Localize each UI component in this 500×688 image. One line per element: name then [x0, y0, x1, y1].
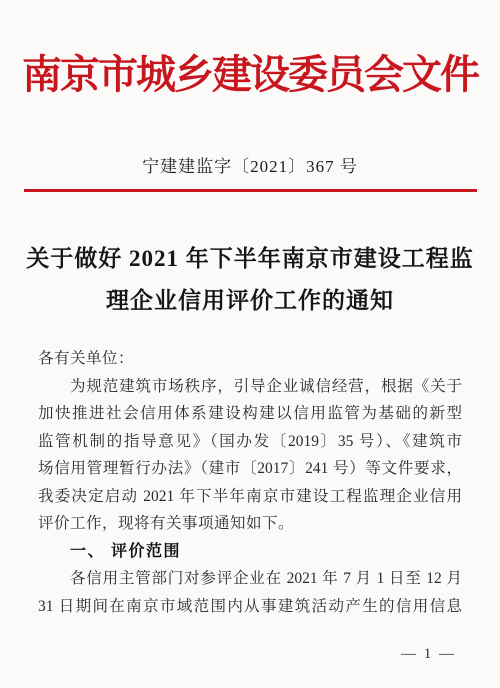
- body-line-6: 评价工作，现将有关事项通知如下。: [38, 510, 462, 538]
- header-divider: [24, 189, 477, 192]
- body-line-5: 我委决定启动 2021 年下半年南京市建设工程监理企业信用: [38, 483, 462, 511]
- document-number: 宁建建监字〔2021〕367 号: [0, 155, 500, 179]
- body-line-4: 场信用管理暂行办法》（建市〔2017〕241 号）等文件要求，: [38, 455, 462, 483]
- document-header-title: 南京市城乡建设委员会文件: [0, 50, 500, 100]
- body-line-9: 31 日期间在南京市域范围内从事建筑活动产生的信用信息: [38, 593, 462, 621]
- page-number: — 1 —: [401, 646, 456, 663]
- body-line-1: 为规范建筑市场秩序，引导企业诚信经营，根据《关于: [38, 373, 462, 401]
- document-body: 各有关单位： 为规范建筑市场秩序，引导企业诚信经营，根据《关于 加快推进社会信用…: [38, 345, 462, 620]
- salutation-line: 各有关单位：: [38, 345, 462, 373]
- document-page: 南京市城乡建设委员会文件 宁建建监字〔2021〕367 号 关于做好 2021 …: [0, 0, 500, 688]
- document-title-line2: 理企业信用评价工作的通知: [20, 280, 480, 322]
- body-line-3: 监管机制的指导意见》（国办发〔2019〕35 号）、《建筑市: [38, 428, 462, 456]
- body-line-8: 各信用主管部门对参评企业在 2021 年 7 月 1 日至 12 月: [38, 565, 462, 593]
- document-title: 关于做好 2021 年下半年南京市建设工程监 理企业信用评价工作的通知: [20, 238, 480, 322]
- document-title-line1: 关于做好 2021 年下半年南京市建设工程监: [20, 238, 480, 280]
- section-heading-evaluation-scope: 一、 评价范围: [38, 538, 462, 566]
- body-line-2: 加快推进社会信用体系建设构建以信用监管为基础的新型: [38, 400, 462, 428]
